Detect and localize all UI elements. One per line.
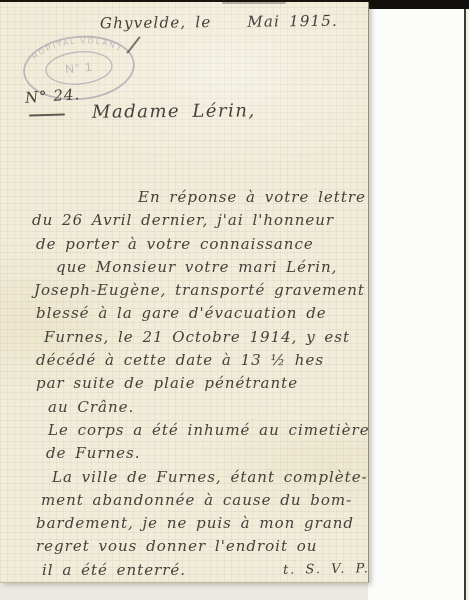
body-line: de porter à votre connaissance [36,233,366,256]
date-value: Mai 1915. [247,12,338,31]
body-line: bardement, je ne puis à mon grand [36,512,366,535]
body-line: En réponse à votre lettre [36,186,366,209]
reference-underline [29,114,65,117]
scan-background-margin [368,0,465,600]
reference-number: N° 24. [24,85,80,107]
date-line: Ghyvelde, leMai 1915. [100,12,338,32]
body-line: Furnes, le 21 Octobre 1914, y est [44,326,366,349]
body-line: que Monsieur votre mari Lérin, [56,256,366,279]
body-line: par suite de plaie pénétrante [36,372,366,395]
body-line: regret vous donner l'endroit ou [36,535,366,558]
scan-bottom-shadow [0,583,368,600]
body-line: du 26 Avril dernier, j'ai l'honneur [32,209,366,232]
letter-page: HOPITAL VOLANT N° 1 · · · · · · · · · · … [0,2,369,583]
place-name: Ghyvelde, le [100,13,212,32]
body-line: au Crâne. [48,396,366,419]
scan-edge-line [464,0,466,600]
body-line: La ville de Furnes, étant complète- [52,466,366,489]
body-line: ment abandonnée à cause du bom- [41,489,366,512]
salutation: Madame Lérin, [92,100,256,122]
stamp-number: N° 1 [65,60,94,76]
scanned-letter-page: { "letter": { "stamp": { "top_text": "HO… [0,0,469,600]
body-line: Le corps a été inhumé au cimetière [48,419,366,442]
stamp-top-text: HOPITAL VOLANT [29,32,125,61]
body-line: Joseph-Eugène, transporté gravement [34,279,366,302]
cut-off-writing-mark [222,2,286,4]
body-line: de Furnes. [46,442,366,465]
letter-body: En réponse à votre lettredu 26 Avril der… [36,186,366,582]
tsvp-closing: t. S. V. P. [283,561,370,578]
body-line: décédé à cette date à 13 ½ hes [36,349,366,372]
body-line: blessé à la gare d'évacuation de [36,302,366,325]
scan-top-right-corner [361,0,469,9]
